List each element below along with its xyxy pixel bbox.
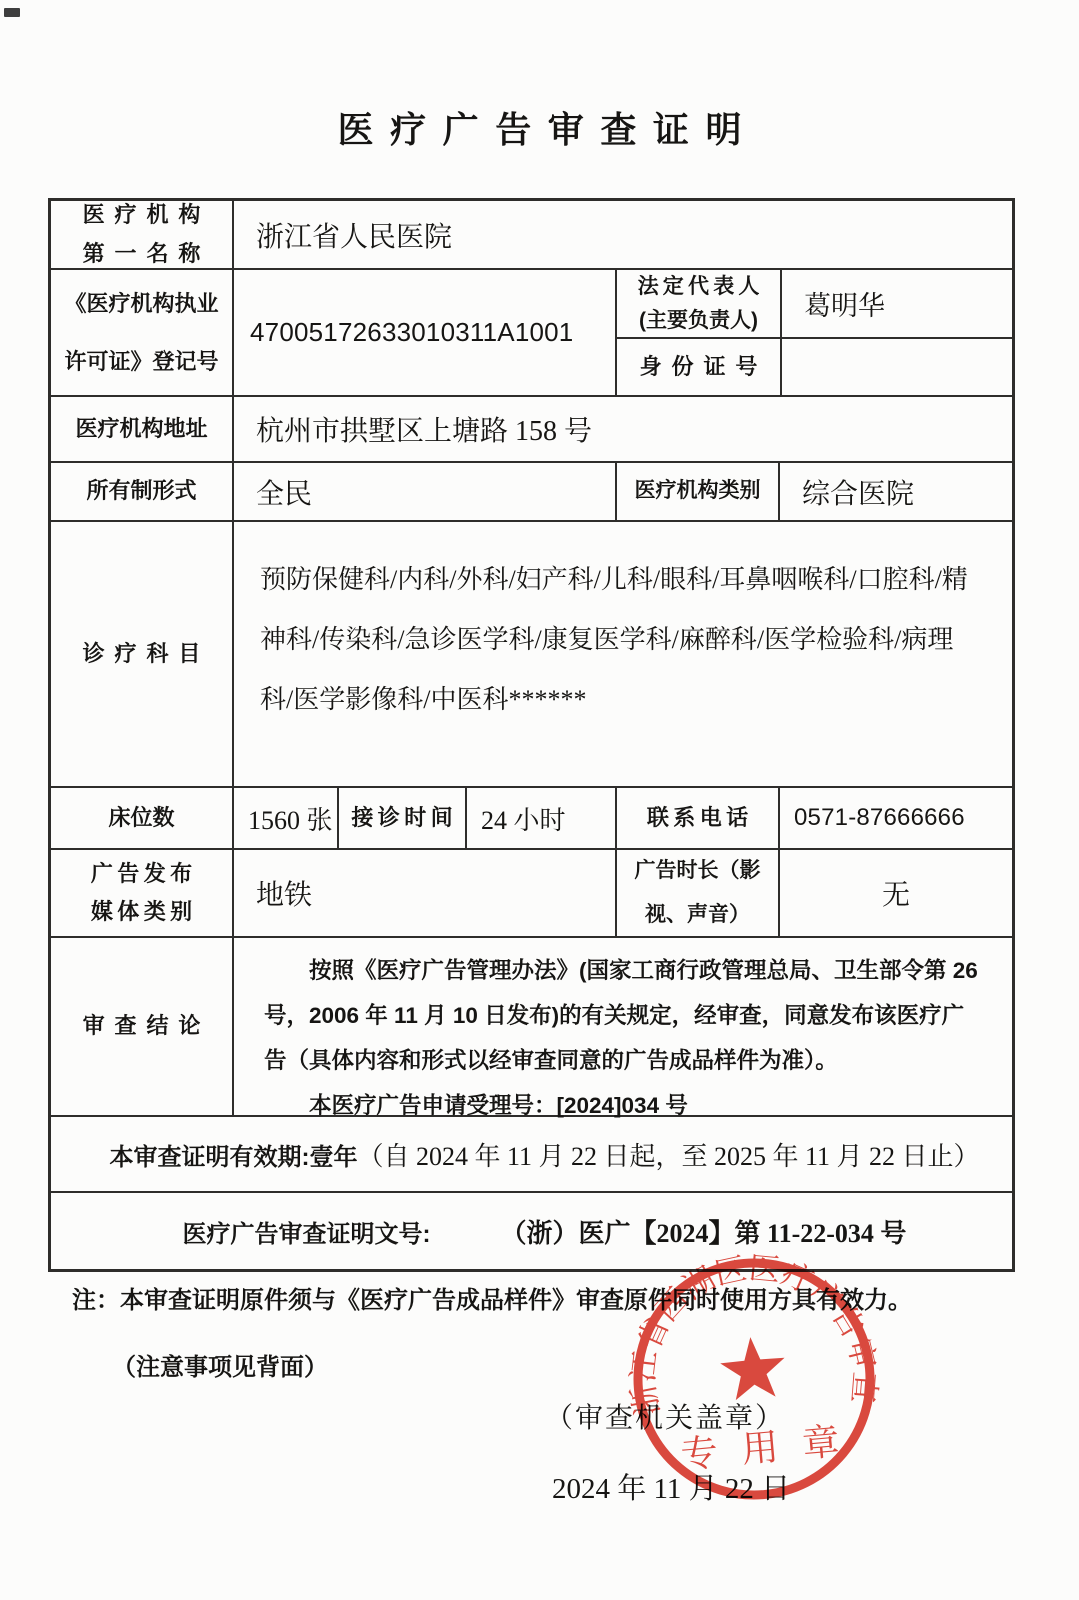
doc-number-label: 医疗广告审查证明文号:	[183, 1214, 431, 1249]
phone-value: 0571-87666666	[778, 788, 1012, 848]
id-number-label: 身份证号	[617, 339, 780, 395]
validity-value: （自 2024 年 11 月 22 日起，至 2025 年 11 月 22 日止…	[357, 1136, 979, 1173]
stamp-star-icon	[718, 1334, 788, 1401]
row-org-name: 医疗机构 第一名称 浙江省人民医院	[51, 201, 1012, 268]
row-conclusion: 审查结论 按照《医疗广告管理办法》(国家工商行政管理总局、卫生部令第 26 号，…	[51, 936, 1012, 1115]
category-value: 综合医院	[778, 463, 1012, 520]
official-stamp: 浙江省西湖区医疗广告审查 专用章	[591, 1216, 916, 1541]
certificate-table: 医疗机构 第一名称 浙江省人民医院 《医疗机构执业 许可证》登记号 470051…	[48, 198, 1015, 1272]
hours-label: 接诊时间	[337, 788, 465, 848]
category-label: 医疗机构类别	[615, 463, 778, 520]
phone-label: 联系电话	[615, 788, 778, 848]
row-validity: 本审查证明有效期:壹年 （自 2024 年 11 月 22 日起，至 2025 …	[51, 1115, 1012, 1191]
address-value: 杭州市拱墅区上塘路 158 号	[232, 397, 1012, 461]
id-number-value	[780, 339, 1012, 395]
svg-text:浙江省西湖区医疗广告审查: 浙江省西湖区医疗广告审查	[614, 1239, 885, 1426]
ownership-label: 所有制形式	[51, 463, 232, 520]
row-beds-hours-phone: 床位数 1560 张 接诊时间 24 小时 联系电话 0571-87666666	[51, 786, 1012, 848]
address-label: 医疗机构地址	[51, 397, 232, 461]
ownership-value: 全民	[232, 463, 615, 520]
validity-cell: 本审查证明有效期:壹年 （自 2024 年 11 月 22 日起，至 2025 …	[51, 1117, 1012, 1191]
rep-id-block: 法定代表人 (主要负责人) 葛明华 身份证号	[615, 270, 1012, 395]
duration-label: 广告时长（影 视、声音）	[615, 850, 778, 936]
conclusion-value: 按照《医疗广告管理办法》(国家工商行政管理总局、卫生部令第 26 号，2006 …	[232, 938, 1012, 1115]
departments-label: 诊疗科目	[51, 522, 232, 786]
conclusion-label: 审查结论	[51, 938, 232, 1115]
stamp-ring-text: 浙江省西湖区医疗广告审查	[614, 1239, 885, 1426]
media-label: 广告发布 媒体类别	[51, 850, 232, 936]
org-name-label: 医疗机构 第一名称	[51, 201, 232, 268]
conclusion-paragraph: 按照《医疗广告管理办法》(国家工商行政管理总局、卫生部令第 26 号，2006 …	[264, 948, 986, 1083]
legal-rep-label: 法定代表人 (主要负责人)	[617, 270, 780, 337]
legal-rep-value: 葛明华	[780, 270, 1012, 337]
license-label: 《医疗机构执业 许可证》登记号	[51, 270, 232, 395]
hours-value: 24 小时	[465, 788, 615, 848]
beds-label: 床位数	[51, 788, 232, 848]
departments-value: 预防保健科/内科/外科/妇产科/儿科/眼科/耳鼻咽喉科/口腔科/精神科/传染科/…	[232, 522, 1012, 786]
certificate-page: 医疗广告审查证明 医疗机构 第一名称 浙江省人民医院 《医疗机构执业 许可证》登…	[0, 0, 1079, 1600]
id-number-row: 身份证号	[617, 337, 1012, 395]
row-departments: 诊疗科目 预防保健科/内科/外科/妇产科/儿科/眼科/耳鼻咽喉科/口腔科/精神科…	[51, 520, 1012, 786]
beds-value: 1560 张	[232, 788, 337, 848]
scan-artifact-mark	[4, 8, 20, 17]
footer-note-back: （注意事项见背面）	[112, 1347, 328, 1382]
license-value: 47005172633010311A1001	[232, 270, 615, 395]
row-media-duration: 广告发布 媒体类别 地铁 广告时长（影 视、声音） 无	[51, 848, 1012, 936]
media-value: 地铁	[232, 850, 615, 936]
validity-label: 本审查证明有效期:壹年	[109, 1137, 357, 1172]
legal-rep-row: 法定代表人 (主要负责人) 葛明华	[617, 270, 1012, 337]
stamp-bottom-text: 专用章	[679, 1419, 865, 1477]
row-license: 《医疗机构执业 许可证》登记号 47005172633010311A1001 法…	[51, 268, 1012, 395]
org-name-value: 浙江省人民医院	[232, 201, 1012, 268]
row-ownership: 所有制形式 全民 医疗机构类别 综合医院	[51, 461, 1012, 520]
page-title: 医疗广告审查证明	[0, 102, 1079, 153]
duration-value: 无	[778, 850, 1012, 936]
row-address: 医疗机构地址 杭州市拱墅区上塘路 158 号	[51, 395, 1012, 461]
